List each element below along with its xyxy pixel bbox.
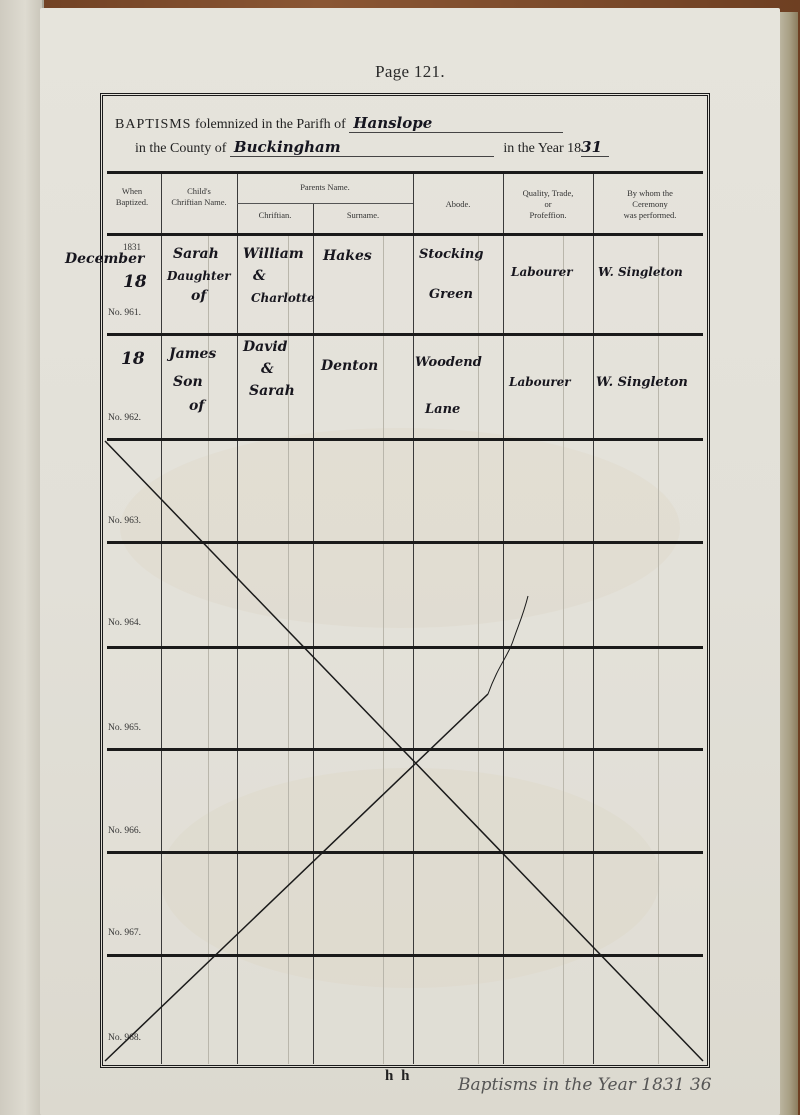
page-title: Page 121.: [0, 62, 800, 82]
baptism-register-table: BAPTISMS folemnized in the Parifh of Han…: [100, 93, 710, 1068]
cross-out-mark: [103, 96, 707, 1065]
pencil-annotation: Baptisms in the Year 1831 36: [458, 1075, 712, 1095]
left-page-edge: [0, 0, 44, 1115]
signature-mark: h h: [385, 1068, 411, 1085]
